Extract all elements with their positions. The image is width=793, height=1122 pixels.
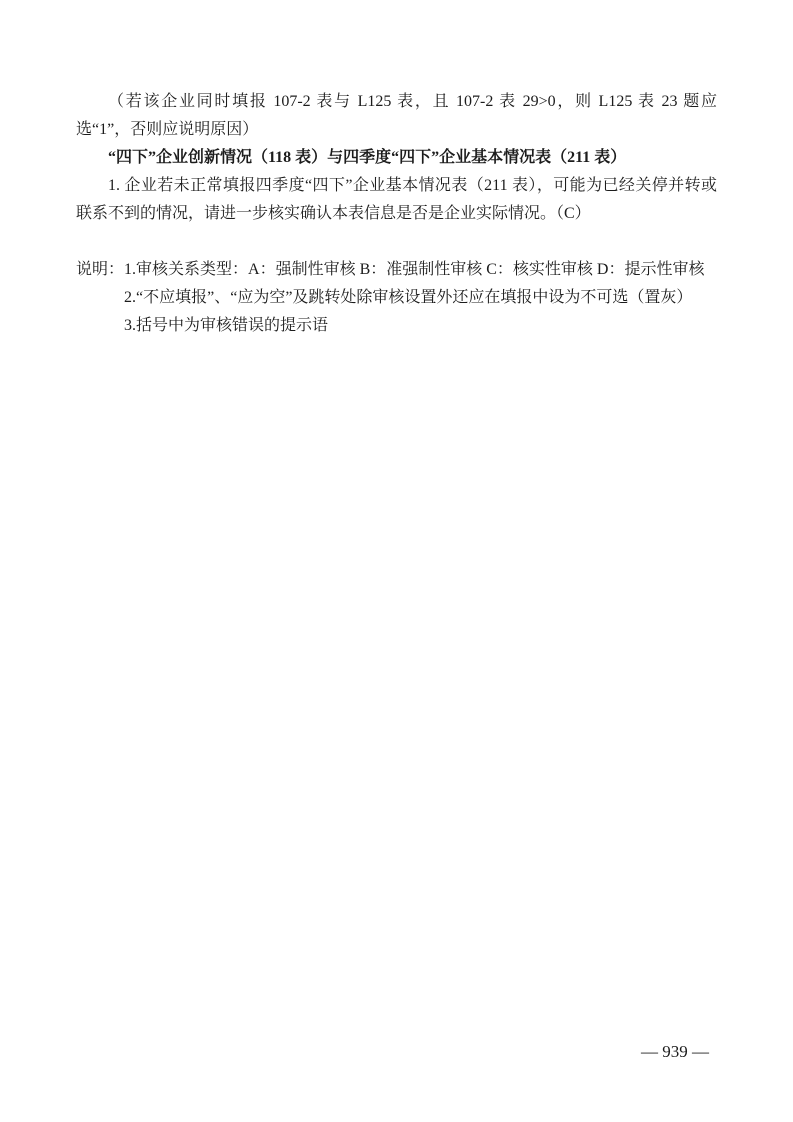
paragraph-item-1: 1. 企业若未正常填报四季度“四下”企业基本情况表（211 表），可能为已经关停… xyxy=(76,172,717,228)
note-item-2: 2.“不应填报”、“应为空”及跳转处除审核设置外还应在填报中设为不可选（置灰） xyxy=(124,284,717,312)
note-item-3: 3.括号中为审核错误的提示语 xyxy=(124,312,717,340)
document-page: （若该企业同时填报 107-2 表与 L125 表，且 107-2 表 29>0… xyxy=(0,0,793,1122)
notes-label: 说明： xyxy=(76,256,124,340)
paragraph-audit-rule: （若该企业同时填报 107-2 表与 L125 表，且 107-2 表 29>0… xyxy=(76,88,717,144)
page-number: — 939 — xyxy=(641,1042,709,1062)
notes-list: 1.审核关系类型：A：强制性审核 B：准强制性审核 C：核实性审核 D：提示性审… xyxy=(124,256,717,340)
note-item-1: 1.审核关系类型：A：强制性审核 B：准强制性审核 C：核实性审核 D：提示性审… xyxy=(124,256,717,284)
text-block: （若该企业同时填报 107-2 表与 L125 表，且 107-2 表 29>0… xyxy=(76,88,717,340)
notes-block: 说明： 1.审核关系类型：A：强制性审核 B：准强制性审核 C：核实性审核 D：… xyxy=(76,256,717,340)
section-heading: “四下”企业创新情况（118 表）与四季度“四下”企业基本情况表（211 表） xyxy=(76,144,717,172)
